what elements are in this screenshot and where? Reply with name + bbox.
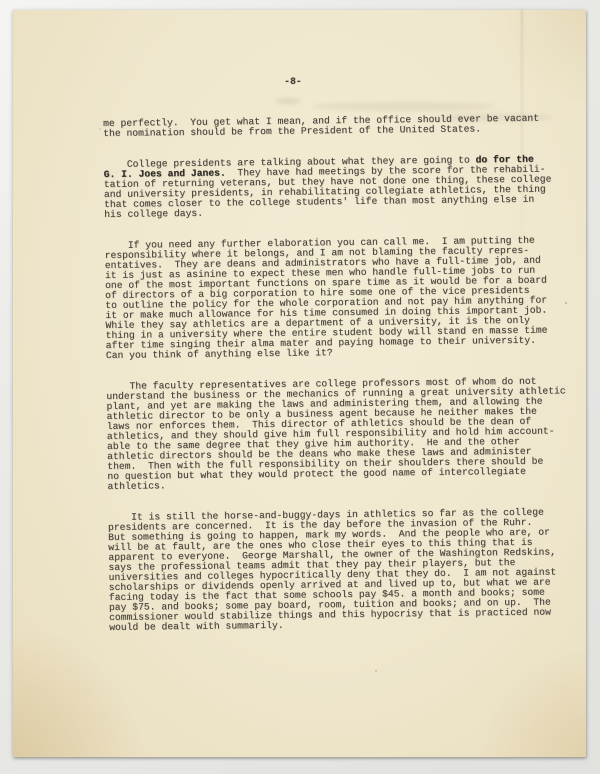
page-number: -8- (275, 76, 311, 87)
ink-bleed-smudge (313, 102, 493, 111)
paragraph: College presidents are talking about wha… (104, 154, 575, 220)
paragraph: It is still the horse-and-buggy-days in … (108, 507, 579, 633)
ink-bleed-smudge (275, 98, 301, 104)
paper-speck (375, 670, 377, 672)
paper-speck (99, 128, 101, 130)
paragraph: The faculty representatives are college … (106, 376, 577, 492)
document-page: -8- me perfectly. You get what I mean, a… (13, 10, 586, 757)
typewritten-text: me perfectly. You get what I mean, and i… (103, 113, 579, 633)
paragraph: If you need any further elaboration you … (104, 235, 575, 361)
paragraph: me perfectly. You get what I mean, and i… (103, 113, 573, 139)
